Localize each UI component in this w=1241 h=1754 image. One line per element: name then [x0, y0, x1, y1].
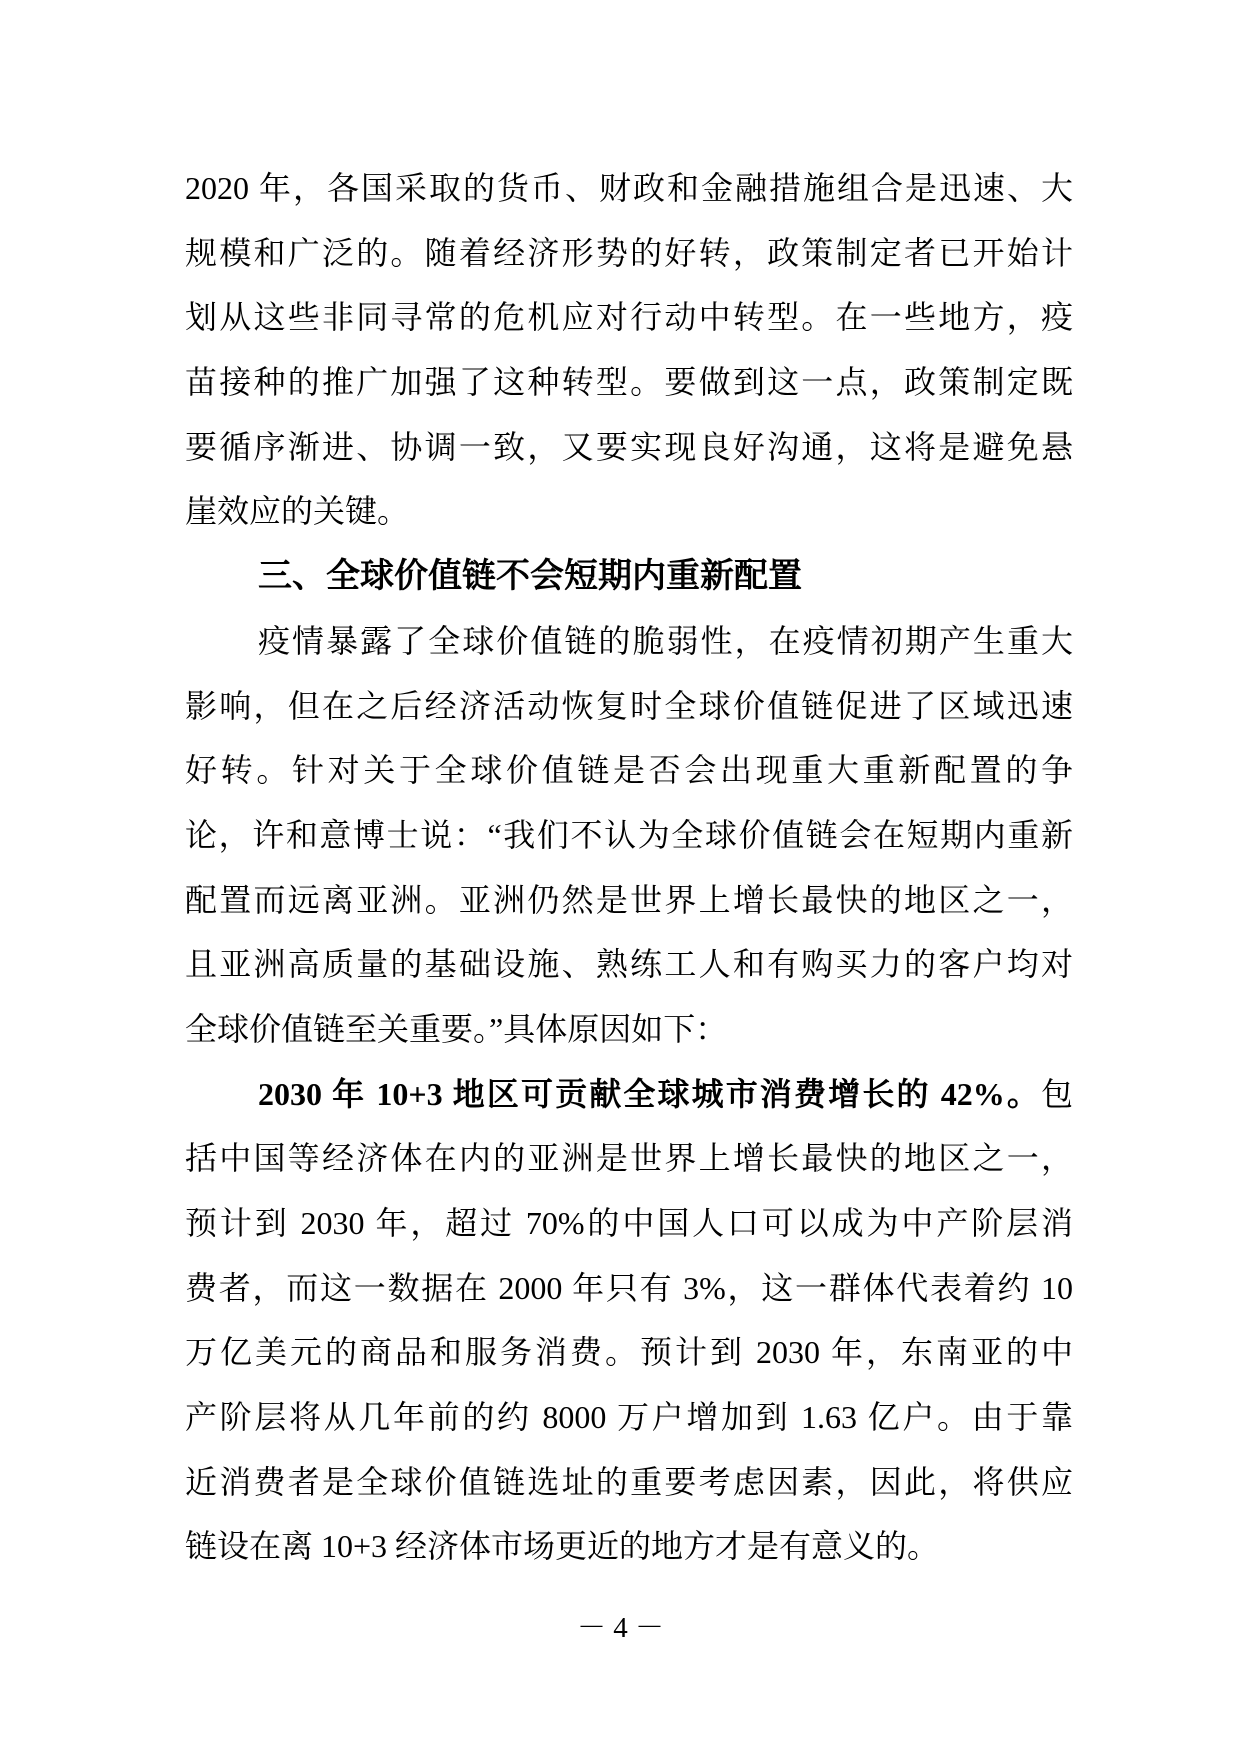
text-line: 规模和广泛的。随着经济形势的好转，政策制定者已开始计 [185, 221, 1073, 286]
text-line: 链设在离 10+3 经济体市场更近的地方才是有意义的。 [185, 1514, 1073, 1579]
text-line: 崖效应的关键。 [185, 479, 1073, 544]
body-text: 包 [1041, 1076, 1073, 1112]
text-line: 且亚洲高质量的基础设施、熟练工人和有购买力的客户均对 [185, 932, 1073, 997]
document-page: 2020 年，各国采取的货币、财政和金融措施组合是迅速、大规模和广泛的。随着经济… [0, 0, 1241, 1754]
document-content: 2020 年，各国采取的货币、财政和金融措施组合是迅速、大规模和广泛的。随着经济… [185, 156, 1073, 1579]
text-line: 论，许和意博士说：“我们不认为全球价值链会在短期内重新 [185, 803, 1073, 868]
text-line: 全球价值链至关重要。”具体原因如下： [185, 997, 1073, 1062]
text-line: 疫情暴露了全球价值链的脆弱性，在疫情初期产生重大 [185, 609, 1073, 674]
text-line: 影响，但在之后经济活动恢复时全球价值链促进了区域迅速 [185, 674, 1073, 739]
text-line: 要循序渐进、协调一致，又要实现良好沟通，这将是避免悬 [185, 415, 1073, 480]
text-line: 划从这些非同寻常的危机应对行动中转型。在一些地方，疫 [185, 285, 1073, 350]
text-line: 万亿美元的商品和服务消费。预计到 2030 年，东南亚的中 [185, 1320, 1073, 1385]
text-line: 好转。针对关于全球价值链是否会出现重大重新配置的争 [185, 738, 1073, 803]
text-line: 2030 年 10+3 地区可贡献全球城市消费增长的 42%。包 [185, 1062, 1073, 1127]
bold-lead-text: 2030 年 10+3 地区可贡献全球城市消费增长的 42%。 [258, 1076, 1041, 1112]
text-line: 近消费者是全球价值链选址的重要考虑因素，因此，将供应 [185, 1450, 1073, 1515]
text-line: 产阶层将从几年前的约 8000 万户增加到 1.63 亿户。由于靠 [185, 1385, 1073, 1450]
text-line: 配置而远离亚洲。亚洲仍然是世界上增长最快的地区之一， [185, 868, 1073, 933]
text-line: 2020 年，各国采取的货币、财政和金融措施组合是迅速、大 [185, 156, 1073, 221]
section-heading: 三、全球价值链不会短期内重新配置 [185, 544, 1073, 609]
text-line: 括中国等经济体在内的亚洲是世界上增长最快的地区之一， [185, 1126, 1073, 1191]
text-line: 苗接种的推广加强了这种转型。要做到这一点，政策制定既 [185, 350, 1073, 415]
text-line: 费者，而这一数据在 2000 年只有 3%，这一群体代表着约 10 [185, 1256, 1073, 1321]
page-number: － 4 － [0, 1608, 1241, 1648]
text-line: 预计到 2030 年，超过 70%的中国人口可以成为中产阶层消 [185, 1191, 1073, 1256]
